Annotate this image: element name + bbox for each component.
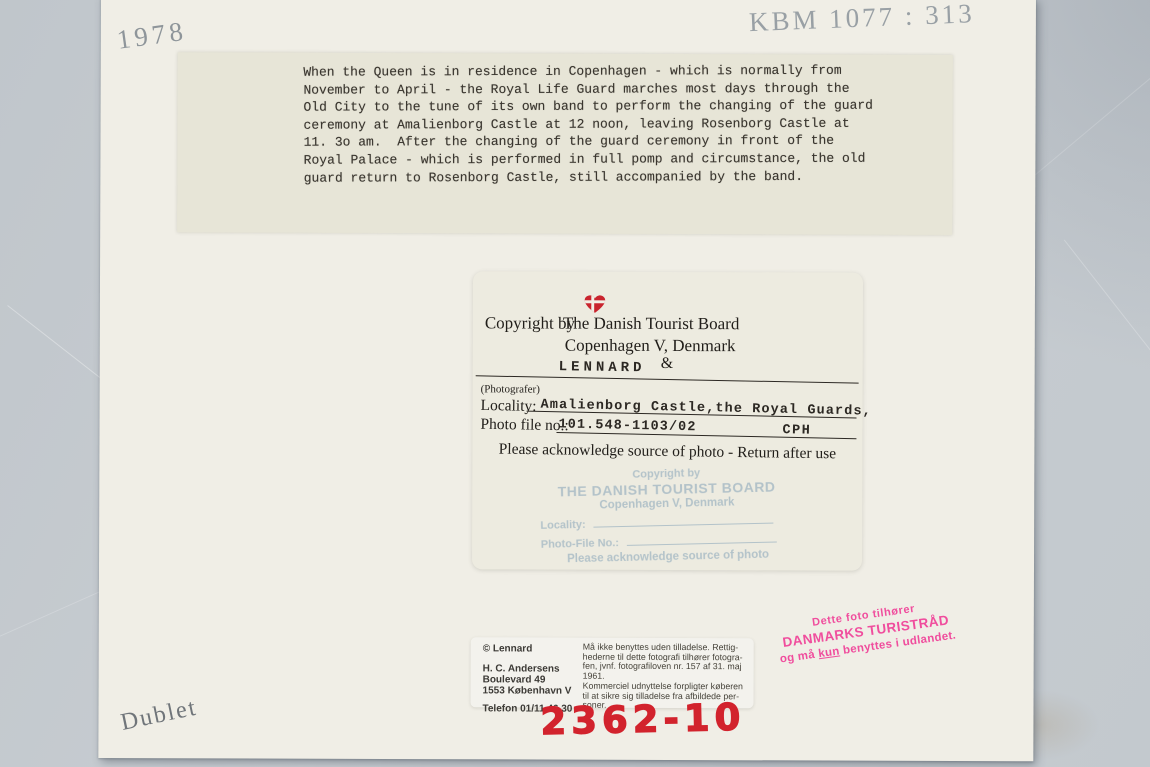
terms-line: fen, jvnf. fotografiloven nr. 157 af 31.…: [583, 662, 748, 672]
handwritten-catalog-number: KBM 1077 : 313: [748, 0, 975, 38]
handwritten-dublet-note: Dublet: [119, 695, 200, 737]
faded-locality-line: [594, 523, 774, 528]
typed-caption-line: guard return to Rosenborg Castle, still …: [304, 167, 874, 187]
typed-caption-line: Old City to the tune of its own band to …: [303, 97, 873, 117]
photographer-rule-line: [476, 375, 859, 383]
sticker-ampersand: &: [661, 355, 674, 373]
danish-flag-heart-icon: [584, 295, 606, 314]
ownership-stamp: Dette foto tilhører DANMARKS TURISTRÅD o…: [771, 597, 961, 666]
faded-locality-row: Locality:: [512, 513, 822, 532]
photographer-label: (Photografer): [481, 383, 540, 395]
typed-caption-line: November to April - the Royal Life Guard…: [303, 79, 873, 99]
sticker-copyright-by: Copyright by: [485, 313, 575, 333]
photographer-name: LENNARD: [559, 359, 646, 376]
faded-photo-file-label: Photo-File No.:: [541, 537, 619, 551]
sticker-city: Copenhagen V, Denmark: [565, 336, 736, 357]
typed-caption: When the Queen is in residence in Copenh…: [303, 62, 873, 187]
typed-caption-line: 11. 3o am. After the changing of the gua…: [304, 132, 874, 152]
sticker-organization: The Danish Tourist Board: [563, 314, 740, 335]
sticker-footer-note: Please acknowledge source of photo - Ret…: [472, 440, 862, 463]
label-copyright-name: © Lennard: [483, 643, 573, 654]
photo-file-rule-line: [556, 432, 856, 439]
scanned-photo-back-scene: 1978 KBM 1077 : 313 When the Queen is in…: [0, 0, 1150, 767]
typed-caption-slip: When the Queen is in residence in Copenh…: [177, 52, 953, 235]
scratch-line: [1064, 240, 1150, 422]
faded-duplicate-stamp: Copyright by THE DANISH TOURIST BOARD Co…: [511, 464, 823, 566]
label-street2: Boulevard 49: [483, 674, 573, 685]
typed-caption-line: Royal Palace - which is performed in ful…: [304, 150, 874, 170]
faded-photo-file-line: [627, 541, 777, 545]
handwritten-year: 1978: [115, 16, 189, 56]
stamp-line3-prefix: og må: [779, 648, 819, 665]
stamp-line3-kun: kun: [818, 645, 841, 660]
typed-caption-line: ceremony at Amalienborg Castle at 12 noo…: [304, 114, 874, 134]
faded-locality-label: Locality:: [540, 519, 585, 532]
locality-label: Locality:: [480, 397, 536, 416]
photo-back: 1978 KBM 1077 : 313 When the Queen is in…: [98, 0, 1036, 761]
typed-caption-line: When the Queen is in residence in Copenh…: [303, 62, 873, 82]
label-city: 1553 København V: [483, 685, 573, 696]
handwritten-red-number: 2362-10: [540, 696, 746, 744]
label-street1: H. C. Andersens: [483, 663, 573, 674]
copyright-sticker: Copyright by The Danish Tourist Board Co…: [472, 271, 863, 570]
scratch-line: [1031, 62, 1150, 178]
